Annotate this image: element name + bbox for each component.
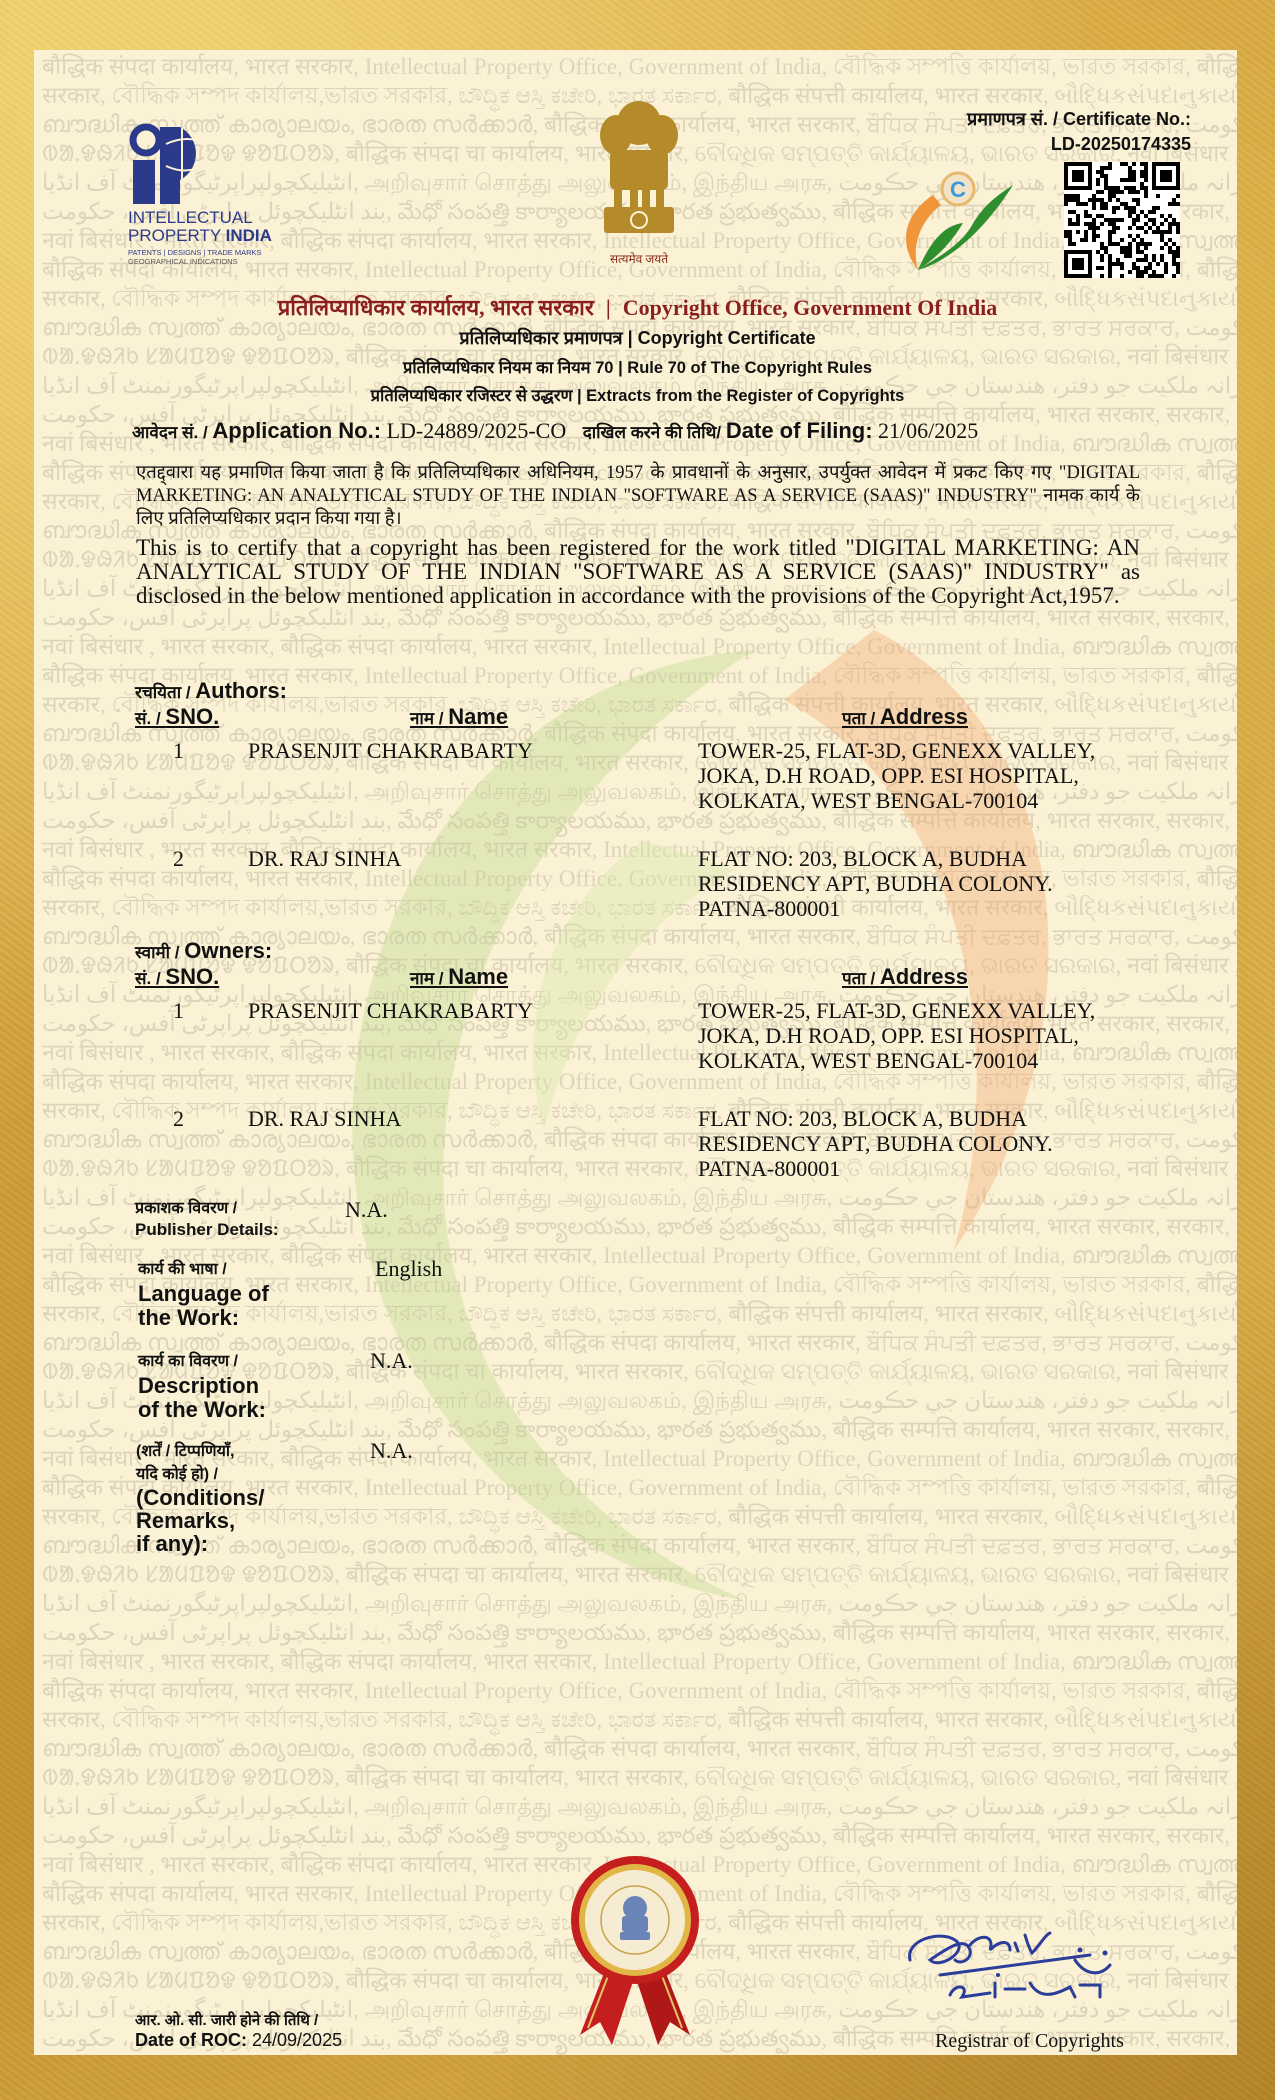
author-sno: 2 [173,846,184,871]
col-name-hi: नाम / [410,969,448,988]
certification-statement-hindi: एतद्द्वारा यह प्रमाणित किया जाता है कि प… [136,462,1140,531]
national-emblem: सत्यमेव जयते [596,95,682,267]
application-number-label: Application No.: [212,418,381,443]
publisher-label: प्रकाशक विवरण / Publisher Details: [135,1198,279,1240]
col-address-hi: पता / [842,709,880,728]
owner-sno: 2 [173,1106,184,1131]
authors-title: Authors: [195,678,287,703]
author-address: TOWER-25, FLAT-3D, GENEXX VALLEY, JOKA, … [698,738,1118,813]
language-label-hi: कार्य की भाषा / [138,1258,269,1282]
description-label-en1: Description [138,1374,266,1398]
language-label-en2: the Work: [138,1306,269,1330]
ip-india-wordmark: INTELLECTUAL PROPERTY INDIA [128,209,288,245]
ipi-tagline2: GEOGRAPHICAL INDICATIONS [128,257,288,266]
col-name-hi: नाम / [410,709,448,728]
certificate-type: प्रतिलिप्यधिकार प्रमाणपत्र | Copyright C… [0,326,1275,350]
filing-date-label-hi: दाखिल करने की तिथि/ [583,423,726,442]
owner-name: PRASENJIT CHAKRABARTY [248,998,533,1023]
qr-code[interactable] [1064,162,1180,278]
owners-title-hi: स्वामी / [135,943,184,962]
emblem-motto: सत्यमेव जयते [596,250,682,267]
authors-title-hi: रचयिता / [135,683,195,702]
col-sno-hi: सं. / [135,709,165,728]
rule-reference: प्रतिलिप्यधिकार नियम का नियम 70 | Rule 7… [0,355,1275,378]
certificate-number: LD-20250174335 [967,132,1191,157]
description-label-hi: कार्य का विवरण / [138,1350,266,1374]
seal-ribbon-icon [560,1850,710,2050]
conditions-label-en1: (Conditions/ [136,1486,264,1509]
owner-address: FLAT NO: 203, BLOCK A, BUDHA RESIDENCY A… [698,1106,1118,1181]
official-seal [560,1850,710,2055]
publisher-label-hi: प्रकाशक विवरण / [135,1198,279,1219]
authors-section-title: रचयिता / Authors: [135,678,287,704]
col-address: Address [880,704,968,729]
register-extract-label: प्रतिलिप्यधिकार रजिस्टर से उद्धरण | Extr… [0,383,1275,406]
col-name: Name [448,704,508,729]
svg-text:C: C [950,177,966,202]
language-value: English [375,1256,442,1282]
owners-section-title: स्वामी / Owners: [135,938,272,964]
certification-statement-english: This is to certify that a copyright has … [136,536,1140,608]
qr-code-icon [1064,162,1180,278]
owner-sno: 1 [173,998,184,1023]
copyright-c-logo-icon: C [893,165,1023,275]
filing-date: 21/06/2025 [873,418,979,443]
ashoka-lion-emblem-icon [596,95,682,245]
certificate-number-label: प्रमाणपत्र सं. / Certificate No.: [967,107,1191,132]
copyright-office-logo: C [893,165,1023,280]
authors-col-name: नाम / Name [410,704,508,730]
author-name: DR. RAJ SINHA [248,846,401,871]
language-label: कार्य की भाषा / Language of the Work: [138,1258,269,1330]
application-details: आवेदन सं. / Application No.: LD-24889/20… [132,418,978,444]
author-address: FLAT NO: 203, BLOCK A, BUDHA RESIDENCY A… [698,846,1118,921]
roc-date-label-hi: आर. ओ. सी. जारी होने की तिथि / [135,2010,342,2030]
ip-india-logo: INTELLECTUAL PROPERTY INDIA PATENTS | DE… [128,122,288,266]
filing-date-label: Date of Filing: [726,418,873,443]
conditions-label: (शर्तें / टिप्पणियाँ, यदि कोई हो) / (Con… [136,1440,264,1555]
ipi-line2a: PROPERTY [128,226,226,245]
conditions-label-en2: Remarks, [136,1509,264,1532]
publisher-label-en: Publisher Details: [135,1219,279,1240]
publisher-value: N.A. [345,1197,388,1223]
roc-date: 24/09/2025 [247,2030,342,2050]
owners-col-name: नाम / Name [410,964,508,990]
office-title-hindi: प्रतिलिप्याधिकार कार्यालय, भारत सरकार [278,295,594,320]
registrar-title: Registrar of Copyrights [935,2030,1124,2053]
col-sno: SNO. [165,704,219,729]
owners-title: Owners: [184,938,272,963]
office-title-english: Copyright Office, Government Of India [623,295,998,320]
handwritten-signature-icon [900,1905,1160,2015]
office-title: प्रतिलिप्याधिकार कार्यालय, भारत सरकार|Co… [0,292,1275,322]
owners-col-sno: सं. / SNO. [135,964,219,990]
col-sno: SNO. [165,964,219,989]
owner-address: TOWER-25, FLAT-3D, GENEXX VALLEY, JOKA, … [698,998,1118,1073]
conditions-label-hi2: यदि कोई हो) / [136,1463,264,1486]
owners-col-address: पता / Address [842,964,968,990]
application-number-label-hi: आवेदन सं. / [132,423,212,442]
ipi-line2b: INDIA [226,226,272,245]
authors-col-address: पता / Address [842,704,968,730]
authors-col-sno: सं. / SNO. [135,704,219,730]
col-address: Address [880,964,968,989]
ip-india-tagline: PATENTS | DESIGNS | TRADE MARKS GEOGRAPH… [128,248,288,266]
description-value: N.A. [370,1348,413,1374]
col-name: Name [448,964,508,989]
language-label-en1: Language of [138,1282,269,1306]
roc-date-block: आर. ओ. सी. जारी होने की तिथि / Date of R… [135,2010,342,2051]
ip-india-logo-icon [128,122,210,204]
certificate-number-block: प्रमाणपत्र सं. / Certificate No.: LD-202… [967,107,1191,157]
conditions-label-en3: if any): [136,1532,264,1555]
ipi-tagline1: PATENTS | DESIGNS | TRADE MARKS [128,248,288,257]
registrar-signature: उन्नात भा. पंडित [900,1905,1160,2020]
application-number: LD-24889/2025-CO [381,418,566,443]
ipi-line1: INTELLECTUAL [128,208,253,227]
author-name: PRASENJIT CHAKRABARTY [248,738,533,763]
col-sno-hi: सं. / [135,969,165,988]
col-address-hi: पता / [842,969,880,988]
description-label-en2: of the Work: [138,1398,266,1422]
conditions-value: N.A. [370,1438,413,1464]
office-title-separator: | [606,295,611,320]
conditions-label-hi1: (शर्तें / टिप्पणियाँ, [136,1440,264,1463]
description-label: कार्य का विवरण / Description of the Work… [138,1350,266,1422]
author-sno: 1 [173,738,184,763]
owner-name: DR. RAJ SINHA [248,1106,401,1131]
roc-date-label: Date of ROC: [135,2030,247,2050]
